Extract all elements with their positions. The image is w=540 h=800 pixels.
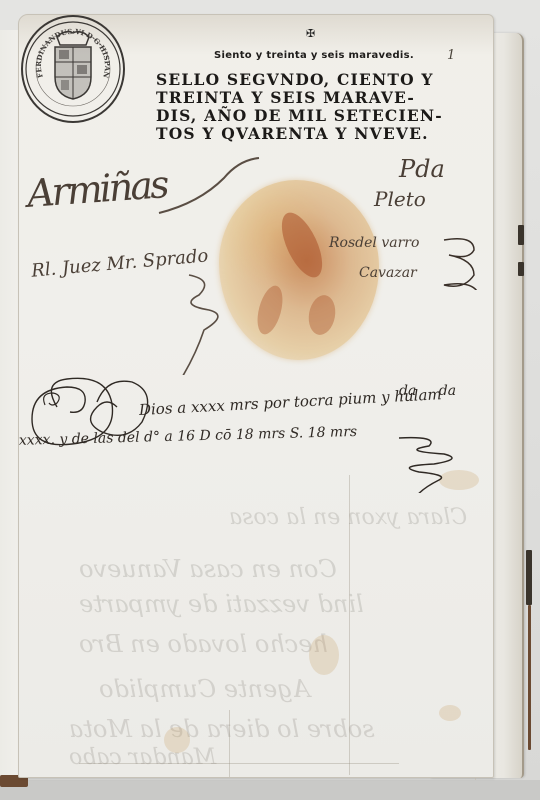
foxing-stain [164,727,190,753]
bleed-through-text: Mandar cabo [69,745,216,770]
ruled-line [349,475,350,775]
handwritten-line-1: Dios a xxxx mrs por tocra pium y hulam [139,385,443,419]
signature-underline-stroke [154,155,264,215]
foxing-stain [439,705,461,721]
bleed-through-text: Con en casa Vanuevo [79,555,337,583]
clasp-icon [518,225,524,245]
foxing-stain [309,635,339,675]
printed-stamp-text: SELLO SEGVNDO, CIENTO Y TREINTA Y SEIS M… [156,71,486,143]
clasp-icon [518,262,524,276]
signature-right-line3: Rosdel varro [329,235,419,251]
stamp-line: DIS, AÑO DE MIL SETECIEN- [156,107,486,125]
rubric-flourish [379,433,454,493]
ruled-line [79,763,399,764]
folio-number: 1 [447,48,455,63]
signature-paraph-stroke [439,230,484,290]
bleed-through-text: sobre lo diera de la Mota [69,715,375,743]
signature-left-main: Armiñas [26,162,168,216]
stamp-line: TREINTA Y SEIS MARAVE- [156,89,486,107]
bleed-through-text: hecho lovado en Bro [79,630,328,658]
signature-right-line2: Pleto [374,187,426,211]
signature-right-top: Pda [399,155,445,183]
signature-right-line4: Cavazar [359,265,417,281]
bleed-through-text: lind vezzati de ymparte [79,590,364,618]
stamp-line: SELLO SEGVNDO, CIENTO Y [156,71,486,89]
signature-tail-stroke [159,265,239,375]
bleed-through-text: Agente Cumplido [99,675,310,703]
royal-seal-stamp: FERDINANDUS·VI·D·G·HISPANIAR·REX· [21,15,125,123]
book-cover-bottom [0,780,540,800]
ruled-line [229,710,230,778]
coat-of-arms-icon: FERDINANDUS·VI·D·G·HISPANIAR·REX· [23,17,123,121]
document-page: Clara yxon en la cosa Con en casa Vanuev… [18,14,494,778]
cross-mark: ✠ [306,27,315,40]
clasp-icon [528,605,531,750]
stamp-header-text: Siento y treinta y seis maravedis. [169,50,459,61]
stamp-line: TOS Y QVARENTA Y NVEVE. [156,125,486,143]
clasp-icon [526,550,532,605]
